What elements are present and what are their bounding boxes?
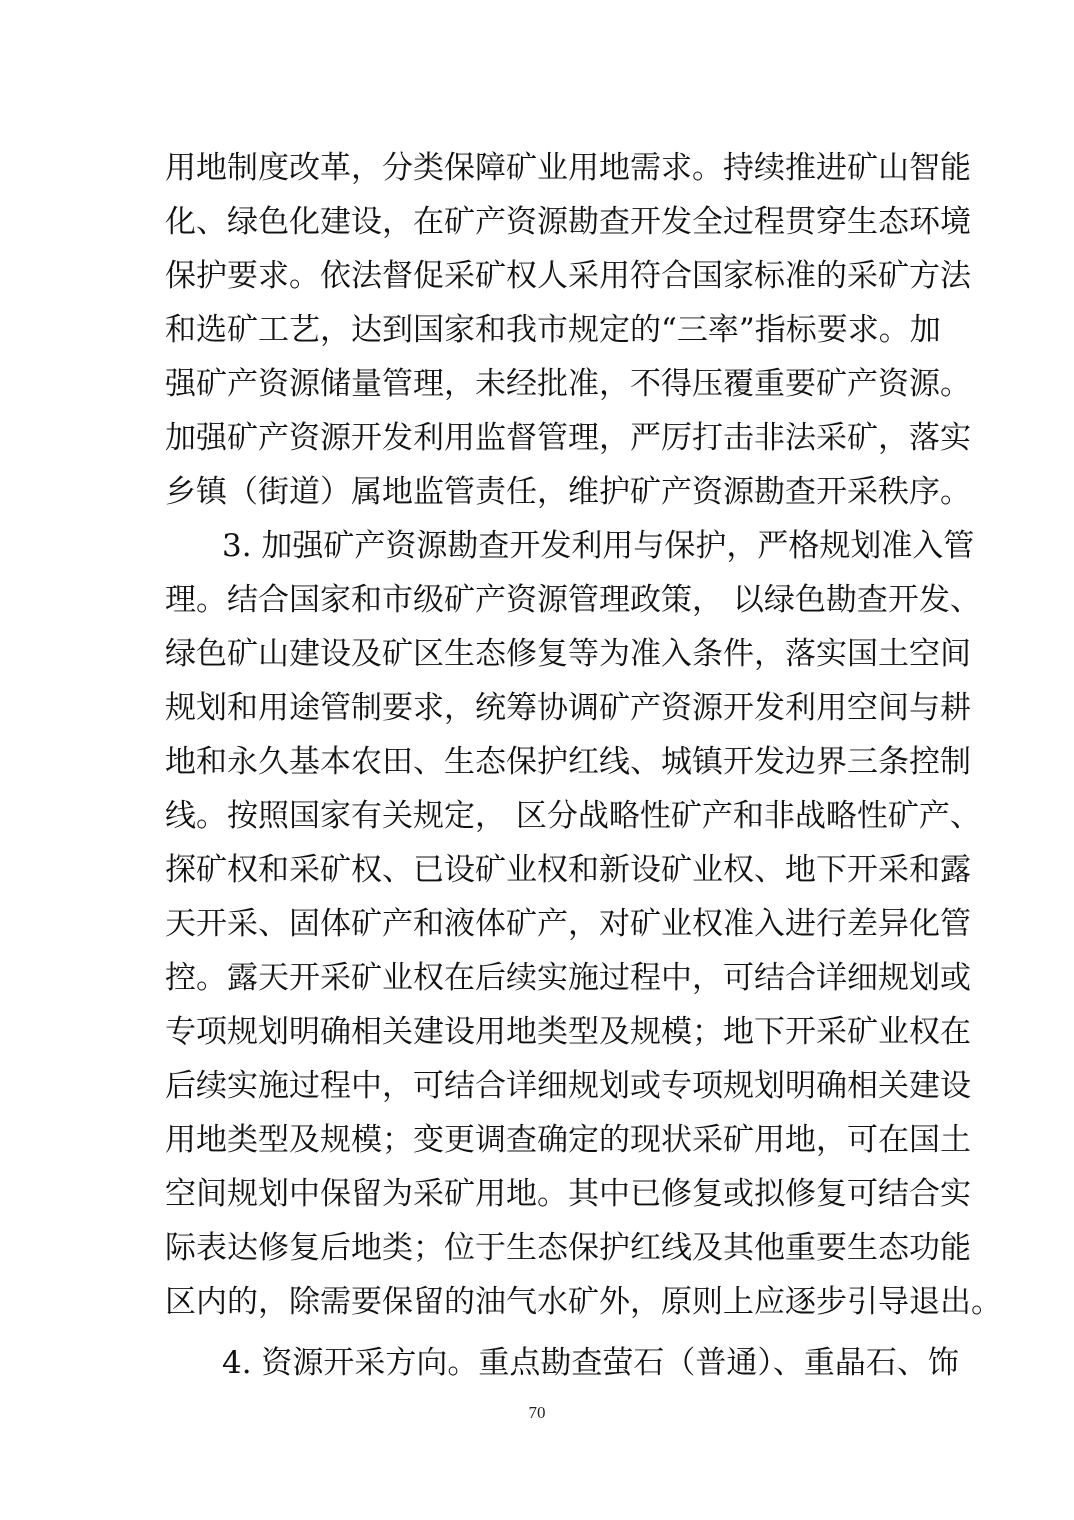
text-line: 线。按照国家有关规定， 区分战略性矿产和非战略性矿产、 — [165, 796, 917, 836]
text-line: 保护要求。依法督促采矿权人采用符合国家标准的采矿方法 — [165, 256, 917, 296]
text-line: 后续实施过程中，可结合详细规划或专项规划明确相关建设 — [165, 1066, 917, 1106]
text-line: 和选矿工艺，达到国家和我市规定的“三率”指标要求。加 — [165, 310, 917, 350]
list-item-3-heading-line: 3. 加强矿产资源勘查开发利用与保护，严格规划准入管 — [222, 526, 917, 566]
text-line: 地和永久基本农田、生态保护红线、城镇开发边界三条控制 — [165, 742, 917, 782]
document-page: 用地制度改革，分类保障矿业用地需求。持续推进矿山智能 化、绿色化建设，在矿产资源… — [0, 0, 1074, 1520]
text-line: 天开采、固体矿产和液体矿产，对矿业权准入进行差异化管 — [165, 904, 917, 944]
text-line: 绿色矿山建设及矿区生态修复等为准入条件，落实国土空间 — [165, 634, 917, 674]
text-line: 用地类型及规模；变更调查确定的现状采矿用地，可在国土 — [165, 1120, 917, 1160]
text-line: 加强矿产资源开发利用监督管理，严厉打击非法采矿，落实 — [165, 418, 917, 458]
text-line: 专项规划明确相关建设用地类型及规模；地下开采矿业权在 — [165, 1012, 917, 1052]
text-line: 用地制度改革，分类保障矿业用地需求。持续推进矿山智能 — [165, 148, 917, 188]
list-item-4-heading-line: 4. 资源开采方向。重点勘查萤石（普通）、重晶石、饰 — [222, 1343, 917, 1383]
text-line: 探矿权和采矿权、已设矿业权和新设矿业权、地下开采和露 — [165, 850, 917, 890]
text-line: 空间规划中保留为采矿用地。其中已修复或拟修复可结合实 — [165, 1174, 917, 1214]
text-line: 际表达修复后地类；位于生态保护红线及其他重要生态功能 — [165, 1228, 917, 1268]
text-line: 强矿产资源储量管理，未经批准，不得压覆重要矿产资源。 — [165, 364, 917, 404]
text-line: 规划和用途管制要求，统筹协调矿产资源开发利用空间与耕 — [165, 688, 917, 728]
text-line: 理。结合国家和市级矿产资源管理政策， 以绿色勘查开发、 — [165, 580, 917, 620]
text-line: 控。露天开采矿业权在后续实施过程中，可结合详细规划或 — [165, 958, 917, 998]
text-line: 化、绿色化建设，在矿产资源勘查开发全过程贯穿生态环境 — [165, 202, 917, 242]
page-number: 70 — [0, 1403, 1074, 1423]
text-line: 乡镇（街道）属地监管责任，维护矿产资源勘查开采秩序。 — [165, 472, 917, 512]
text-line: 区内的，除需要保留的油气水矿外，原则上应逐步引导退出。 — [165, 1282, 917, 1322]
